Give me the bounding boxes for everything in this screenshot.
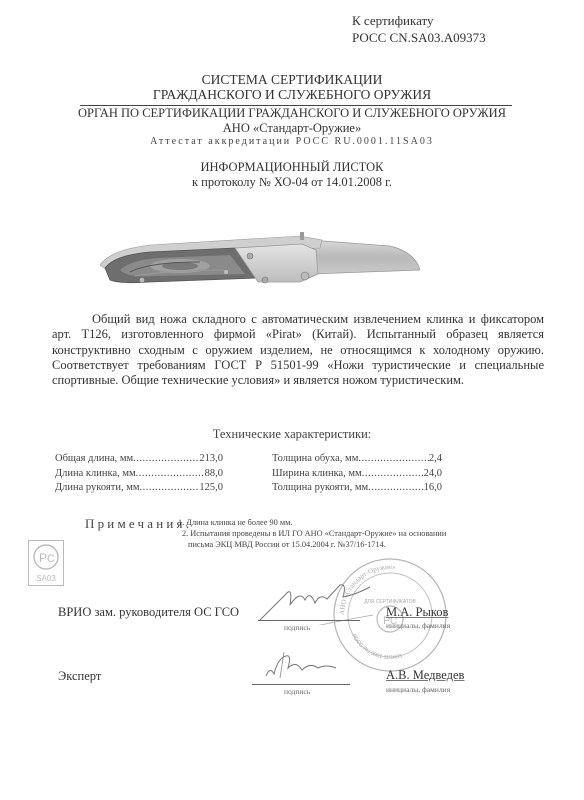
signature-caption: подпись — [284, 623, 310, 632]
notes-label: Примечания: — [85, 516, 193, 532]
spec-label: Толщина рукояти, мм — [272, 481, 368, 496]
leader-dots — [368, 481, 423, 496]
svg-text:SA03: SA03 — [36, 574, 56, 583]
signature-caption: подпись — [284, 687, 310, 696]
name-caption: инициалы, фамилия — [386, 621, 450, 630]
spec-row-overall-length: Общая длина, мм 213,0 — [55, 452, 223, 467]
document-title-block: ИНФОРМАЦИОННЫЙ ЛИСТОК к протоколу № ХО-0… — [0, 160, 584, 190]
certificate-reference: К сертификату РОСС CN.SA03.A09373 — [352, 12, 486, 46]
certificate-reference-label: К сертификату — [352, 12, 486, 29]
leader-dots — [362, 467, 424, 482]
note-item-continuation: письма ЭКЦ МВД России от 15.04.2004 г. №… — [178, 539, 446, 550]
spec-row-blade-length: Длина клинка, мм 88,0 — [55, 467, 223, 482]
svg-text:С: С — [47, 553, 55, 565]
product-description: Общий вид ножа складного с автоматически… — [52, 312, 544, 388]
spec-label: Общая длина, мм — [55, 452, 133, 467]
system-title-line1: СИСТЕМА СЕРТИФИКАЦИИ — [0, 72, 584, 87]
signatory-role: ВРИО зам. руководителя ОС ГСО — [58, 605, 239, 620]
organization-name: АНО «Стандарт-Оружие» — [0, 121, 584, 136]
notes-list: 1. Длина клинка не более 90 мм. 2. Испыт… — [178, 517, 446, 550]
expert-role: Эксперт — [58, 669, 101, 684]
svg-text:РОСС RU.0001.11SA03: РОСС RU.0001.11SA03 — [350, 633, 403, 661]
specs-title: Технические характеристики: — [0, 427, 584, 442]
signature-line — [258, 620, 360, 621]
leader-dots — [139, 481, 199, 496]
spec-label: Ширина клинка, мм — [272, 467, 362, 482]
specs-left-column: Общая длина, мм 213,0 Длина клинка, мм 8… — [55, 452, 223, 496]
protocol-reference: к протоколу № ХО-04 от 14.01.2008 г. — [0, 175, 584, 190]
signature-line — [252, 684, 350, 685]
spec-label: Длина клинка, мм — [55, 467, 136, 482]
note-item: 2. Испытания проведены в ИЛ ГО АНО «Стан… — [178, 528, 446, 539]
signatory-name: М.А. Рыков — [386, 605, 448, 620]
document-title: ИНФОРМАЦИОННЫЙ ЛИСТОК — [0, 160, 584, 175]
spec-value: 213,0 — [199, 452, 223, 467]
svg-text:Р: Р — [39, 551, 47, 565]
accreditation-line: Аттестат аккредитации РОСС RU.0001.11SA0… — [0, 136, 584, 147]
certificate-number: РОСС CN.SA03.A09373 — [352, 29, 486, 46]
spec-value: 24,0 — [424, 467, 442, 482]
expert-name: А.В. Медведев — [386, 668, 464, 683]
spec-label: Толщина обуха, мм — [272, 452, 358, 467]
certification-body-name: ОРГАН ПО СЕРТИФИКАЦИИ ГРАЖДАНСКОГО И СЛУ… — [0, 106, 584, 121]
spec-value: 88,0 — [205, 467, 223, 482]
rst-certification-mark-icon: Р С SA03 — [28, 540, 64, 586]
leader-dots — [136, 467, 205, 482]
spec-row-handle-length: Длина рукояти, мм 125,0 — [55, 481, 223, 496]
leader-dots — [133, 452, 199, 467]
spec-value: 125,0 — [199, 481, 223, 496]
system-title: СИСТЕМА СЕРТИФИКАЦИИ ГРАЖДАНСКОГО И СЛУЖ… — [0, 72, 584, 102]
signature-icon — [262, 648, 342, 682]
certification-body: ОРГАН ПО СЕРТИФИКАЦИИ ГРАЖДАНСКОГО И СЛУ… — [0, 106, 584, 136]
folding-knife-icon — [90, 210, 420, 290]
spec-row-handle-thickness: Толщина рукояти, мм 16,0 — [272, 481, 442, 496]
name-caption: инициалы, фамилия — [386, 685, 450, 694]
signature-icon — [255, 565, 375, 625]
leader-dots — [358, 452, 429, 467]
system-title-line2: ГРАЖДАНСКОГО И СЛУЖЕБНОГО ОРУЖИЯ — [0, 87, 584, 102]
spec-value: 2,4 — [429, 452, 442, 467]
spec-row-spine-thickness: Толщина обуха, мм 2,4 — [272, 452, 442, 467]
spec-row-blade-width: Ширина клинка, мм 24,0 — [272, 467, 442, 482]
note-item: 1. Длина клинка не более 90 мм. — [178, 517, 446, 528]
spec-label: Длина рукояти, мм — [55, 481, 139, 496]
spec-value: 16,0 — [424, 481, 442, 496]
specs-right-column: Толщина обуха, мм 2,4 Ширина клинка, мм … — [272, 452, 442, 496]
